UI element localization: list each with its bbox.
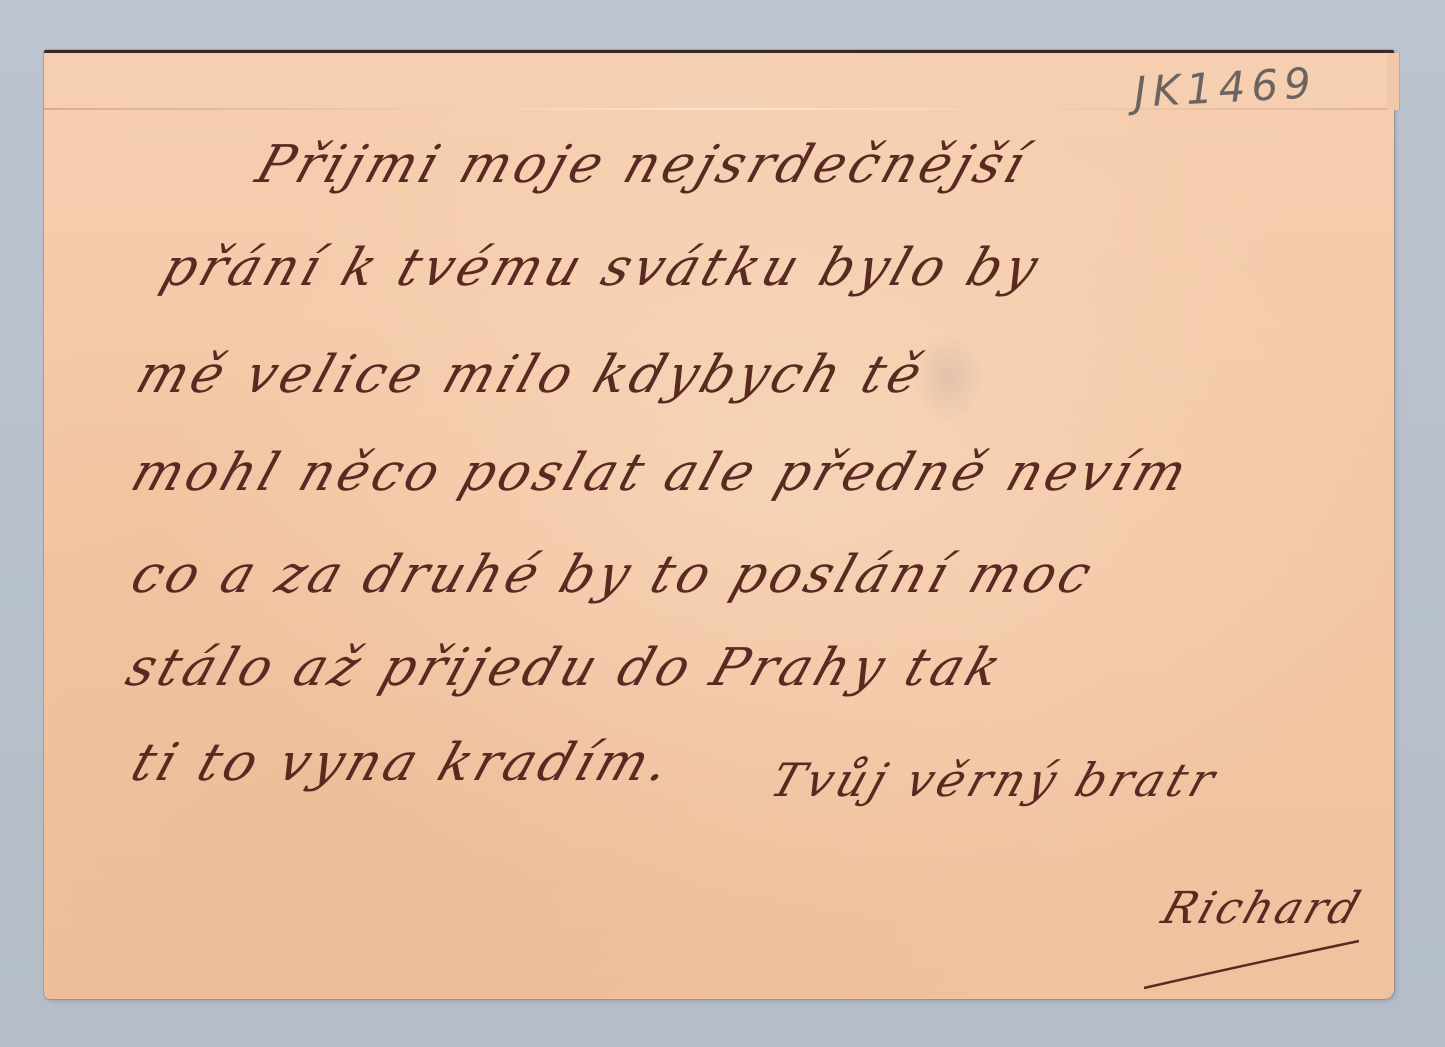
letter-closing: Tvůj věrný bratr (764, 753, 1225, 807)
letter-line-5: co a za druhé by to poslání moc (124, 545, 1103, 605)
signature: Richard (1156, 883, 1369, 934)
letter-line-2: přání k tvému svátku bylo by (154, 238, 1049, 298)
letter-line-1: Přijmi moje nejsrdečnější (249, 135, 1036, 195)
letter-line-3: mě velice milo kdybych tě (129, 345, 933, 405)
archive-number: JK1469 (1133, 58, 1318, 117)
letter-line-7: ti to vyna kradím. (124, 733, 681, 793)
card-fold-tab (1387, 53, 1400, 110)
letter-line-4: mohl něco poslat ale předně nevím (124, 443, 1198, 503)
postcard: JK1469 Přijmi moje nejsrdečnější přání k… (44, 50, 1394, 999)
letter-line-6: stálo až přijedu do Prahy tak (119, 638, 1012, 698)
signature-underline-swash (1134, 933, 1374, 993)
